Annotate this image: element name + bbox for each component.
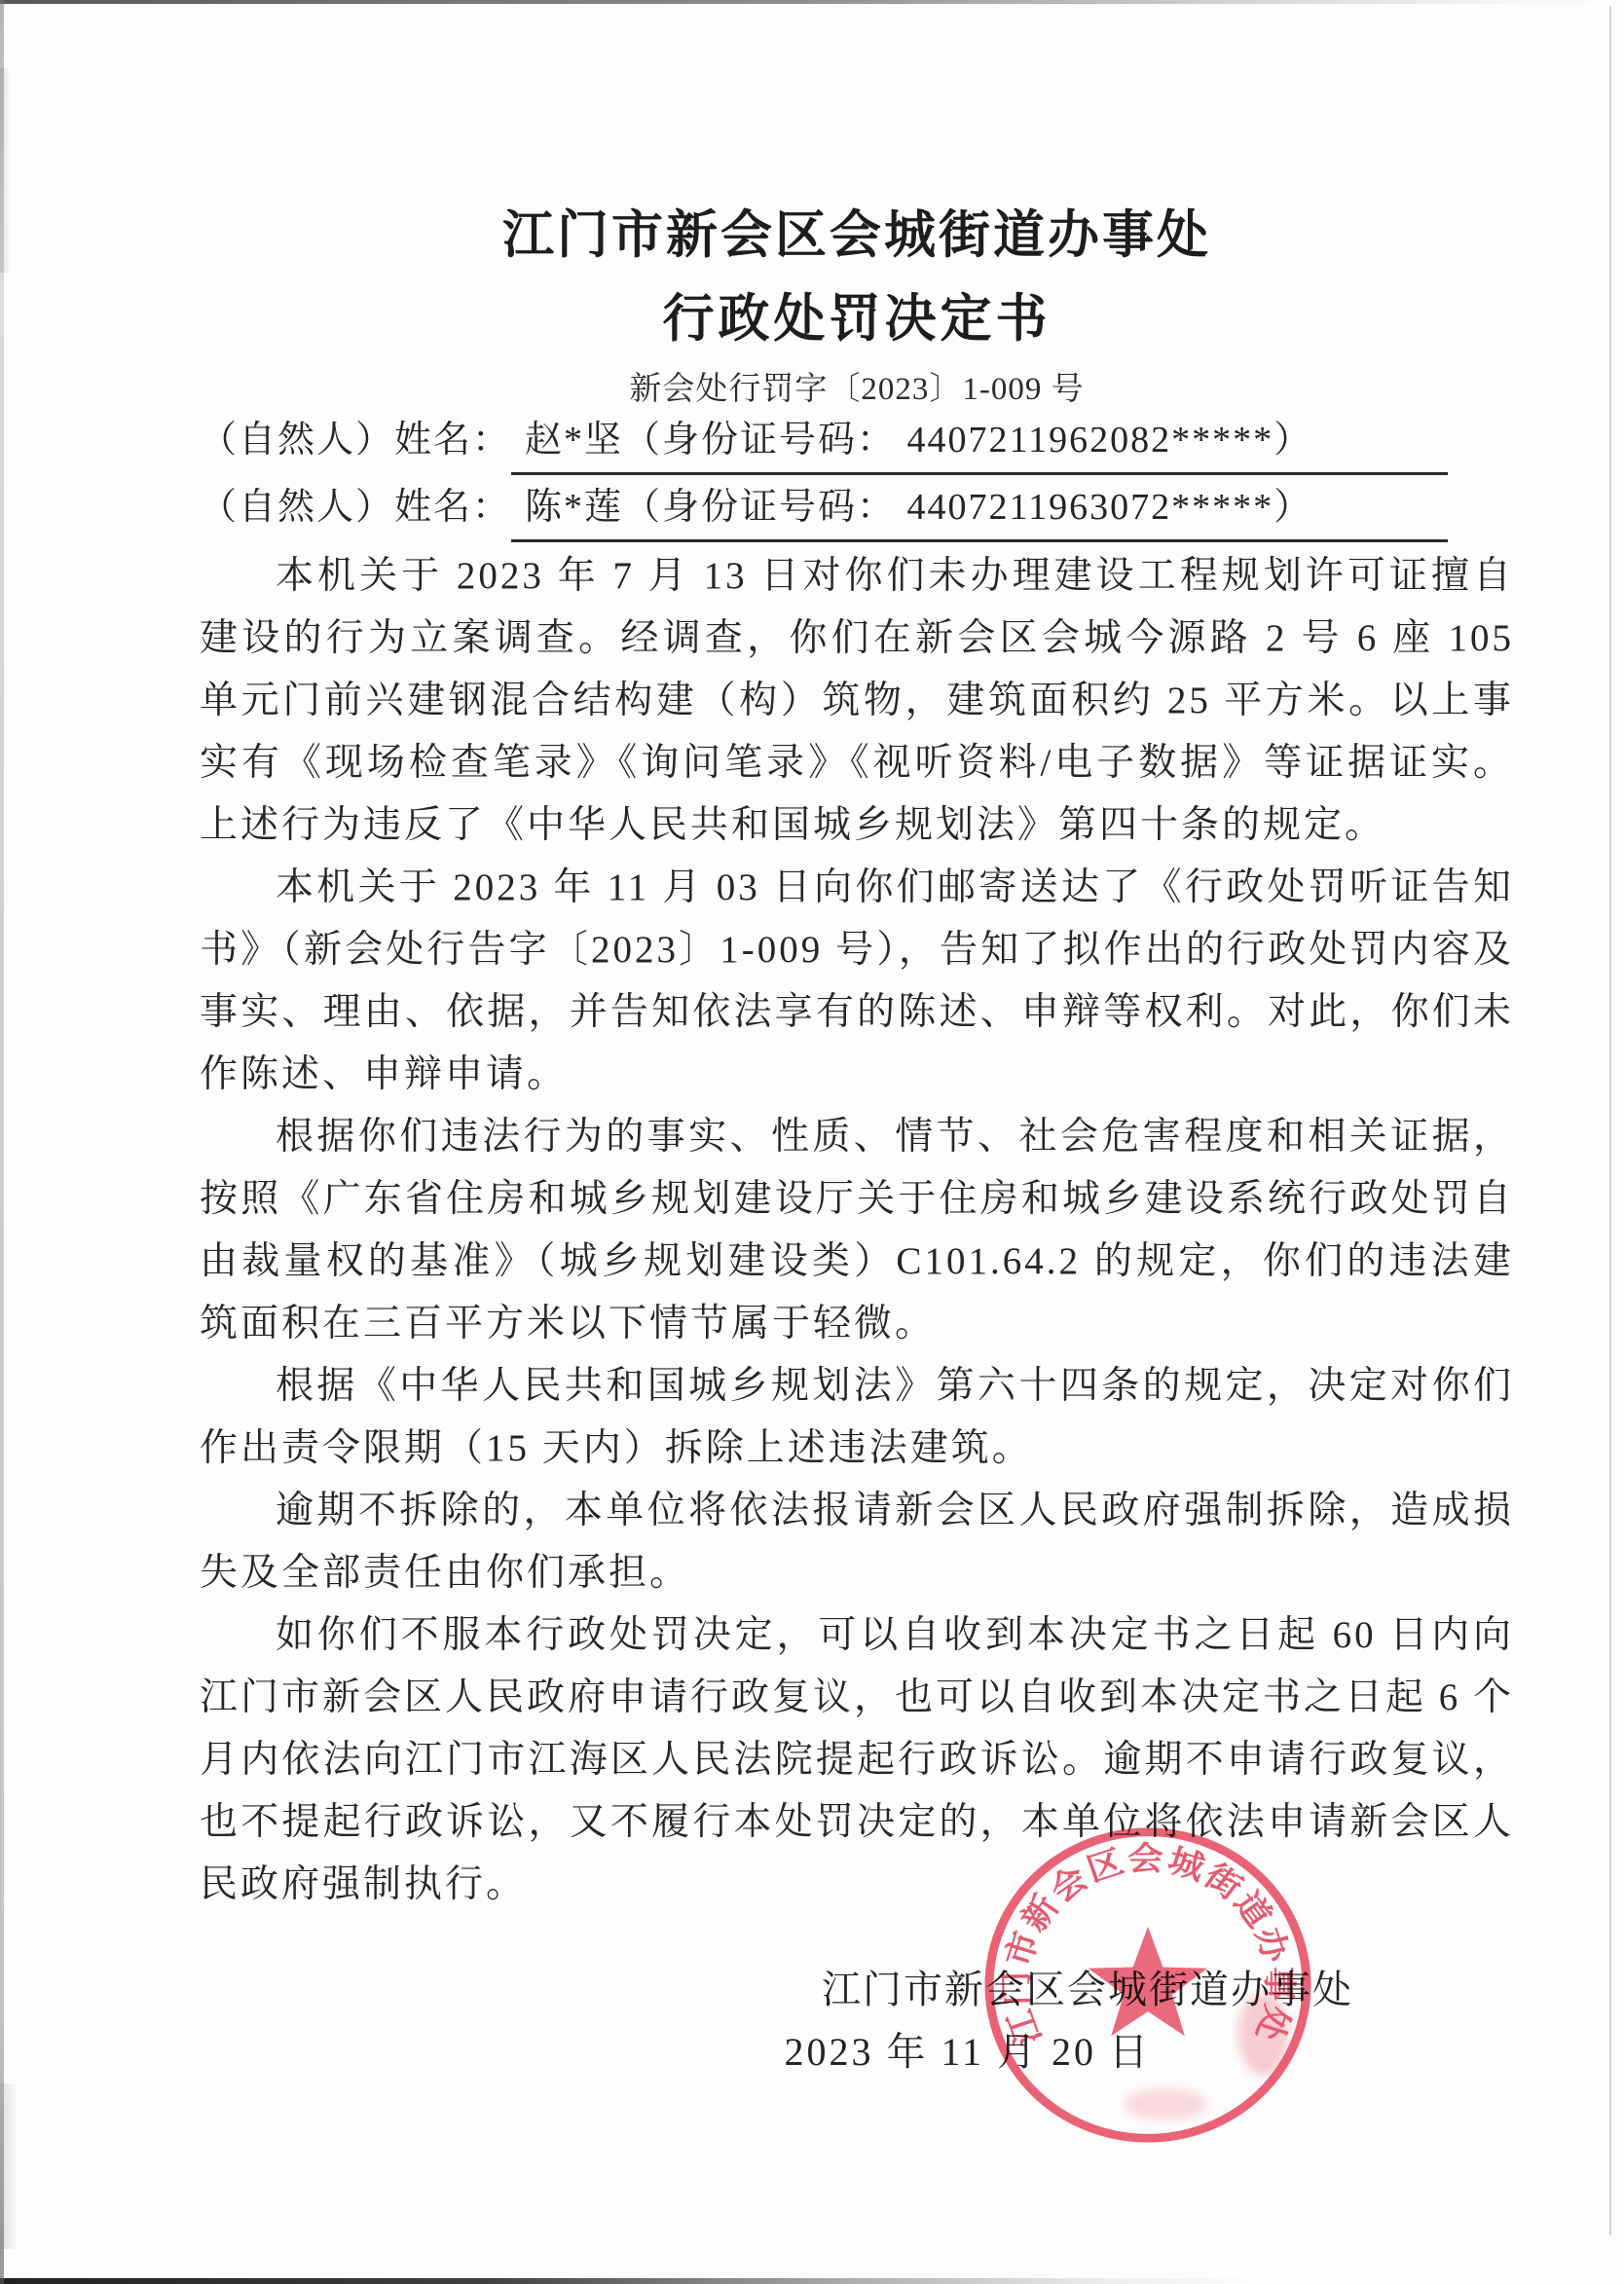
seal-ink-smudge bbox=[1125, 2088, 1206, 2120]
scan-edge-top bbox=[0, 0, 1624, 4]
signature-block: 江门市新会区会城街道办事处 2023 年 11 月 20 日 bbox=[784, 1959, 1353, 2083]
paragraph-hearing-notice: 本机关于 2023 年 11 月 03 日向你们邮寄送达了《行政处罚听证告知书》… bbox=[200, 857, 1514, 1106]
signature-org-name: 江门市新会区会城街道办事处 bbox=[822, 1959, 1353, 2021]
body-paragraphs: 本机关于 2023 年 7 月 13 日对你们未办理建设工程规划许可证擅自建设的… bbox=[200, 545, 1514, 1916]
signature-date: 2023 年 11 月 20 日 bbox=[784, 2021, 1151, 2083]
party-row: （自然人）姓名： 陈*莲（身份证号码： 4407211963072*****） bbox=[200, 479, 1514, 542]
scan-edge-bottom bbox=[0, 2278, 1624, 2284]
scanned-document-page: 江门市新会区会城街道办事处 行政处罚决定书 新会处行罚字〔2023〕1-009 … bbox=[0, 0, 1624, 2284]
document-number: 新会处行罚字〔2023〕1-009 号 bbox=[200, 367, 1514, 412]
paragraph-discretion-basis: 根据你们违法行为的事实、性质、情节、社会危害程度和相关证据，按照《广东省住房和城… bbox=[200, 1106, 1514, 1355]
party-row: （自然人）姓名： 赵*坚（身份证号码： 4407211962082*****） bbox=[200, 412, 1514, 475]
paragraph-investigation: 本机关于 2023 年 7 月 13 日对你们未办理建设工程规划许可证擅自建设的… bbox=[200, 545, 1514, 857]
party-name-label: （自然人）姓名： bbox=[200, 479, 511, 535]
paragraph-overdue-demolition: 逾期不拆除的，本单位将依法报请新会区人民政府强制拆除，造成损失及全部责任由你们承… bbox=[200, 1480, 1514, 1604]
document-title-org: 江门市新会区会城街道办事处 bbox=[200, 202, 1514, 270]
scan-smudge-bottom-left bbox=[0, 2083, 25, 2249]
document-content: 江门市新会区会城街道办事处 行政处罚决定书 新会处行罚字〔2023〕1-009 … bbox=[0, 202, 1624, 1916]
party-name-value: 赵*坚（身份证号码： 4407211962082*****） bbox=[511, 412, 1448, 475]
paragraph-decision: 根据《中华人民共和国城乡规划法》第六十四条的规定，决定对你们作出责令限期（15 … bbox=[200, 1355, 1514, 1480]
party-name-value: 陈*莲（身份证号码： 4407211963072*****） bbox=[511, 479, 1448, 542]
paragraph-appeal-rights: 如你们不服本行政处罚决定，可以自收到本决定书之日起 60 日内向江门市新会区人民… bbox=[200, 1604, 1514, 1916]
party-name-label: （自然人）姓名： bbox=[200, 412, 511, 468]
document-title-type: 行政处罚决定书 bbox=[200, 285, 1514, 353]
